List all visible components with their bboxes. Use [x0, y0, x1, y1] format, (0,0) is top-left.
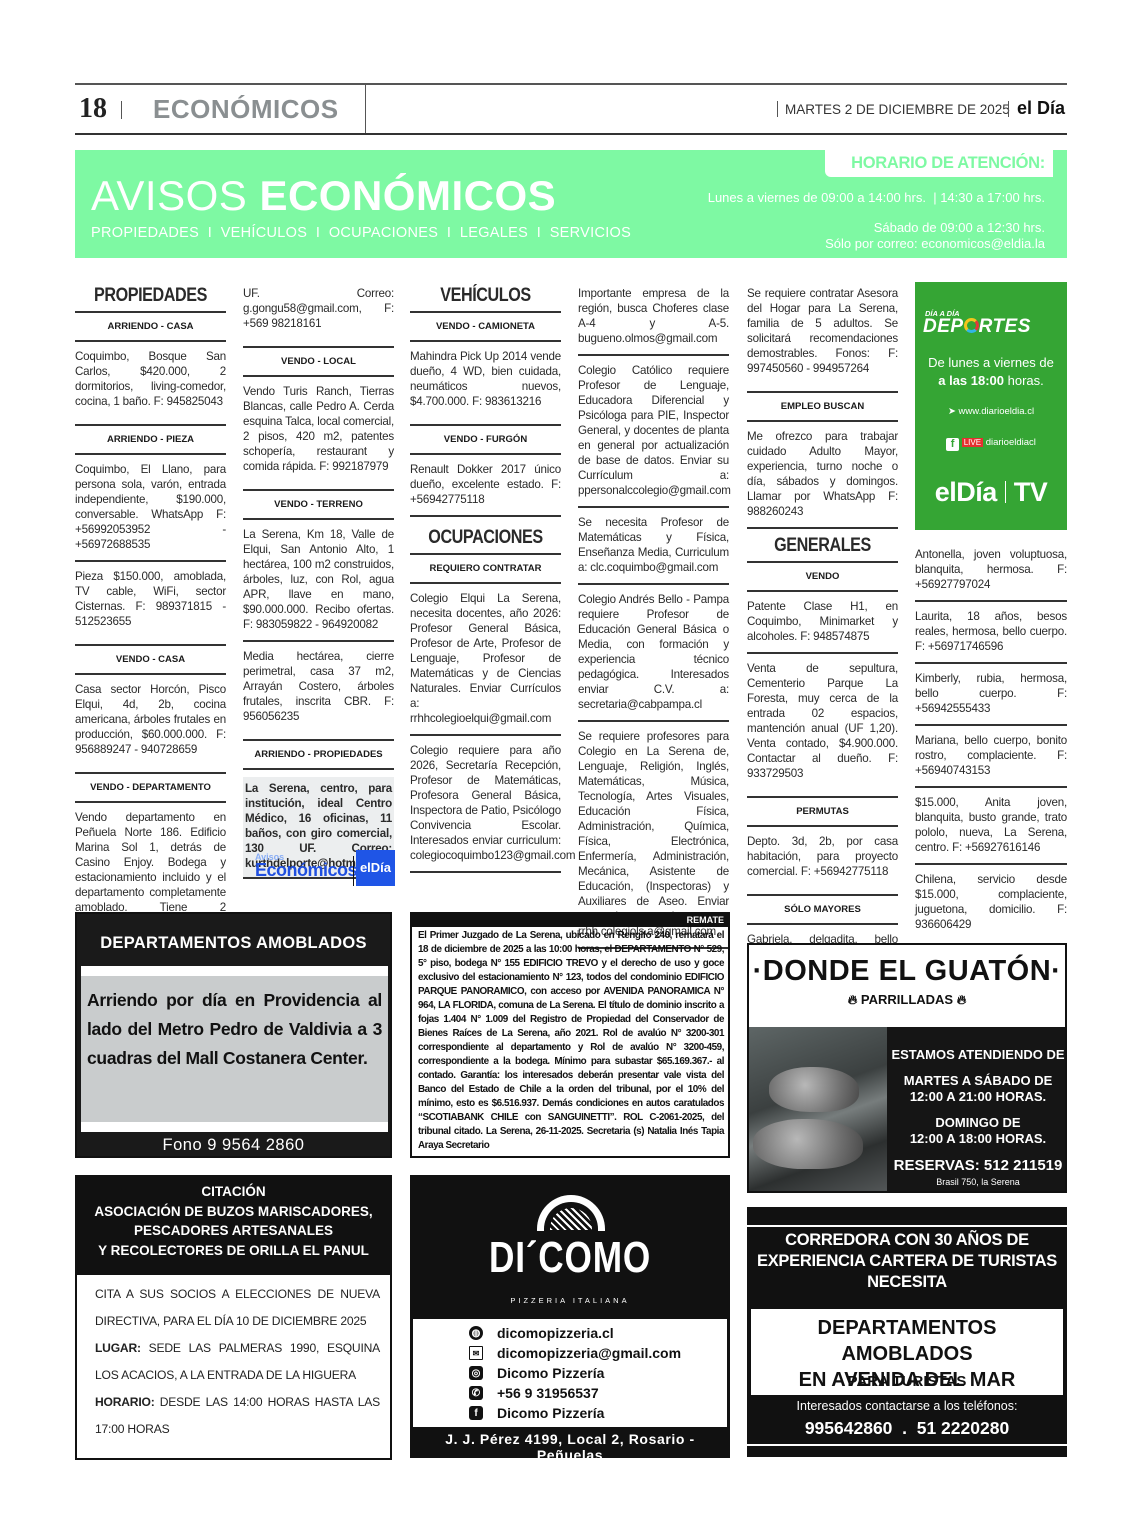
restaurant-subtitle: 🔥︎ PARRILLADAS 🔥︎	[749, 992, 1065, 1008]
cursor-icon: ➤	[948, 406, 959, 417]
highlight-line: DEPARTAMENTOS AMOBLADOS	[751, 1315, 1063, 1367]
contact-text: Dicomo Pizzería	[497, 1405, 604, 1421]
section-heading: PROPIEDADES	[86, 282, 214, 311]
highlight-sub: PARA TURISTAS	[751, 1373, 1063, 1390]
classified-ad: Chilena, servicio desde $15.000, complac…	[915, 872, 1067, 940]
citacion-body: CITA A SUS SOCIOS A ELECCIONES DE NUEVA …	[95, 1281, 380, 1443]
header-line: EXPERIENCIA CARTERA DE TURISTAS	[747, 1251, 1067, 1272]
promo-social[interactable]: f LIVE diarioeldiacl	[915, 437, 1067, 451]
section-heading: OCUPACIONES	[421, 524, 549, 553]
contact-label: Interesados contactarse a los teléfonos:	[747, 1399, 1067, 1413]
masthead: 18 ECONÓMICOS MARTES 2 DE DICIEMBRE DE 2…	[75, 83, 1067, 135]
banner-title-bold: ECONÓMICOS	[259, 172, 556, 219]
subsection-heading: EMPLEO BUSCAN	[747, 391, 898, 422]
header-line: PESCADORES ARTESANALES	[77, 1221, 390, 1241]
classified-ad: Media hectárea, cierre perimetral, casa …	[243, 649, 394, 732]
ad-departamentos-amoblados: DEPARTAMENTOS AMOBLADOS Arriendo por día…	[75, 912, 392, 1158]
subsection-heading: PERMUTAS	[747, 796, 898, 827]
promo-time: a las 18:00 horas.	[915, 373, 1067, 388]
hours-tab: HORARIO DE ATENCIÓN:	[825, 150, 1053, 177]
ad-remate: REMATE El Primer Juzgado de La Serena, u…	[410, 912, 730, 1158]
classified-ad: Coquimbo, Bosque San Carlos, $420.000, 2…	[75, 349, 226, 417]
classified-ad: Mahindra Pick Up 2014 vende dueño, 4 WD,…	[410, 349, 561, 417]
contact-instagram[interactable]: ◎Dicomo Pizzería	[469, 1363, 727, 1383]
subsection-heading: VENDO - CAMIONETA	[410, 311, 561, 342]
classified-ad: Me ofrezco para trabajar cuidado Adulto …	[747, 429, 898, 529]
divider	[121, 101, 122, 119]
pizzeria-name: DI´COMO	[442, 1233, 698, 1283]
pizzeria-tagline: PIZZERIA ITALIANA	[410, 1296, 730, 1305]
hours-line: 12:00 A 18:00 HORAS.	[887, 1131, 1067, 1146]
subtitle-text: PARRILLADAS	[861, 992, 953, 1007]
section-heading: GENERALES	[758, 536, 886, 561]
ad-header: DEPARTAMENTOS AMOBLADOS	[77, 934, 390, 953]
tv-logo-part: elDía	[935, 477, 997, 507]
promo-time-bold: a las 18:00	[938, 373, 1004, 388]
banner-title: AVISOS ECONÓMICOS	[91, 172, 556, 220]
horario-line: HORARIO: DESDE LAS 14:00 HORAS HASTA LAS…	[95, 1389, 380, 1443]
avisos-banner: AVISOS ECONÓMICOS PROPIEDADES I VEHÍCULO…	[75, 150, 1067, 258]
classified-ad: Laurita, 18 años, besos reales, hermosa,…	[915, 609, 1067, 664]
promo-time-rest: horas.	[1004, 373, 1044, 388]
contact-email[interactable]: ✉dicomopizzeria@gmail.com	[469, 1343, 727, 1363]
header-line: Y RECOLECTORES DE ORILLA EL PANUL	[77, 1241, 390, 1261]
subsection-heading: VENDO - DEPARTAMENTO	[75, 772, 226, 803]
classified-ad: $15.000, Anita joven, blanquita, busto g…	[915, 795, 1067, 865]
restaurant-name: ·DONDE EL GUATÓN·	[749, 955, 1065, 988]
contact-whatsapp[interactable]: ✆+56 9 31956537	[469, 1383, 727, 1403]
globe-icon: ◍	[469, 1326, 483, 1340]
hours-weekdays: Lunes a viernes de 09:00 a 14:00 hrs. | …	[708, 190, 1045, 205]
subsection-heading: SÓLO MAYORES	[747, 894, 898, 925]
classified-ad: Renault Dokker 2017 único dueño, excelen…	[410, 462, 561, 517]
classified-ad: Mariana, bello cuerpo, bonito rostro, co…	[915, 733, 1067, 788]
live-badge: LIVE	[962, 438, 983, 447]
flame-icon: 🔥︎	[848, 992, 861, 1007]
grill-photo	[749, 1027, 887, 1193]
steak-shape	[753, 1119, 863, 1169]
issue-date: MARTES 2 DE DICIEMBRE DE 2025	[785, 102, 1010, 117]
subsection-heading: VENDO - CASA	[75, 644, 226, 675]
tv-logo-part: TV	[1014, 477, 1048, 507]
section-title: ECONÓMICOS	[153, 94, 339, 125]
label: LUGAR:	[95, 1341, 141, 1355]
contact-text: dicomopizzeria@gmail.com	[497, 1345, 681, 1361]
ad-body-text: Arriendo por día en Providencia al lado …	[81, 976, 388, 1122]
classified-ad: Venta de sepultura, Cementerio Parque La…	[747, 661, 898, 789]
steak-shape	[769, 1067, 859, 1112]
avisos-economicos-logo: Avisos Económicos elDía	[255, 850, 395, 888]
column-generales: Se requiere contratar Asesora del Hogar …	[747, 286, 898, 992]
divider	[777, 101, 778, 117]
wordmark-part: DEP	[923, 316, 964, 337]
contact-web[interactable]: ◍dicomopizzeria.cl	[469, 1323, 727, 1343]
ad-tag: REMATE	[412, 914, 728, 927]
banner-categories: PROPIEDADES I VEHÍCULOS I OCUPACIONES I …	[91, 225, 631, 241]
subsection-heading: REQUIERO CONTRATAR	[410, 553, 561, 584]
body-text: CITA A SUS SOCIOS A ELECCIONES DE NUEVA …	[95, 1281, 380, 1335]
newspaper-logo: el Día	[1017, 98, 1065, 119]
subsection-heading: ARRIENDO - PROPIEDADES	[243, 739, 394, 770]
banner-title-light: AVISOS	[91, 172, 259, 219]
header-line: CORREDORA CON 30 AÑOS DE	[747, 1230, 1067, 1251]
contact-list: ◍dicomopizzeria.cl ✉dicomopizzeria@gmail…	[413, 1319, 727, 1427]
whatsapp-icon: ✆	[469, 1386, 483, 1400]
logo-big-text: Económicos	[255, 860, 357, 881]
header-line: CITACIÓN	[77, 1182, 390, 1202]
eldia-logo-box: elDía	[356, 850, 395, 886]
wordmark-part: RTES	[979, 316, 1031, 337]
mail-icon: ✉	[469, 1346, 483, 1360]
ring-icon	[964, 318, 979, 333]
flame-icon: 🔥︎	[953, 992, 966, 1007]
classified-ad: Kimberly, rubia, hermosa, bello cuerpo. …	[915, 671, 1067, 726]
classified-ad: Se necesita Profesor de Matemáticas y Fí…	[578, 515, 729, 585]
divider	[353, 856, 354, 886]
corredora-header: CORREDORA CON 30 AÑOS DE EXPERIENCIA CAR…	[747, 1225, 1067, 1293]
contact-text: dicomopizzeria.cl	[497, 1325, 614, 1341]
subsection-heading: ARRIENDO - CASA	[75, 311, 226, 342]
classified-ad: Colegio Andrés Bello - Pampa requiere Pr…	[578, 592, 729, 722]
restaurant-hours: ESTAMOS ATENDIENDO DE MARTES A SÁBADO DE…	[887, 1027, 1067, 1193]
facebook-icon: f	[469, 1406, 483, 1420]
label: HORARIO:	[95, 1395, 155, 1409]
oven-logo-icon	[537, 1195, 605, 1231]
classified-ad: Importante empresa de la región, busca C…	[578, 286, 729, 356]
promo-website[interactable]: ➤ www.diarioeldia.cl	[915, 406, 1067, 417]
hours-line: 12:00 A 21:00 HORAS.	[887, 1089, 1067, 1104]
column-ocupaciones-cont: Importante empresa de la región, busca C…	[578, 286, 729, 956]
divider	[1005, 481, 1006, 503]
hours-line: MARTES A SÁBADO DE	[887, 1073, 1067, 1088]
header-line: ASOCIACIÓN DE BUZOS MARISCADORES,	[77, 1202, 390, 1222]
column-mayores: Antonella, joven voluptuosa, blanquita, …	[915, 547, 1067, 947]
legal-notice-text: El Primer Juzgado de La Serena, ubicado …	[418, 929, 724, 1153]
website-text: www.diarioeldia.cl	[959, 406, 1035, 417]
section-heading: VEHÍCULOS	[421, 282, 549, 311]
facebook-icon: f	[946, 438, 959, 451]
classified-ad: La Serena, Km 18, Valle de Elqui, San An…	[243, 527, 394, 642]
ad-phone: Fono 9 9564 2860	[77, 1136, 390, 1155]
contact-text: +56 9 31956537	[497, 1385, 599, 1401]
contact-facebook[interactable]: fDicomo Pizzería	[469, 1403, 727, 1423]
divider	[365, 85, 366, 133]
header-line: NECESITA	[747, 1272, 1067, 1293]
subsection-heading: VENDO - TERRENO	[243, 489, 394, 520]
instagram-icon: ◎	[469, 1366, 483, 1380]
classified-ad: Colegio requiere para año 2026, Secretar…	[410, 743, 561, 873]
promo-schedule: De lunes a viernes de	[915, 355, 1067, 370]
subsection-heading: VENDO - LOCAL	[243, 346, 394, 377]
ad-dicomo-pizzeria: DI´COMO PIZZERIA ITALIANA ◍dicomopizzeri…	[410, 1175, 730, 1458]
classified-ad: Vendo Turis Ranch, Tierras Blancas, call…	[243, 384, 394, 482]
eldia-tv-logo: elDíaTV	[915, 477, 1067, 508]
classified-ad: Se requiere contratar Asesora del Hogar …	[747, 286, 898, 384]
promo-wordmark: DEPRTES	[923, 316, 1031, 338]
corredora-highlight: DEPARTAMENTOS AMOBLADOSEN AVENIDA DEL MA…	[751, 1309, 1063, 1395]
hours-line: ESTAMOS ATENDIENDO DE	[887, 1047, 1067, 1062]
classified-ad: Colegio Elqui La Serena, necesita docent…	[410, 591, 561, 736]
classified-ad: UF. Correo: g.gongu58@gmail.com, F: +569…	[243, 286, 394, 339]
hours-title: HORARIO DE ATENCIÓN:	[851, 154, 1045, 173]
lugar-line: LUGAR: SEDE LAS PALMERAS 1990, ESQUINA L…	[95, 1335, 380, 1389]
classified-ad: Antonella, joven voluptuosa, blanquita, …	[915, 547, 1067, 602]
ad-body: Arriendo por día en Providencia al lado …	[81, 966, 388, 1132]
classified-ad: Colegio Católico requiere Profesor de Le…	[578, 363, 729, 508]
hours-email: Sólo por correo: economicos@eldia.la	[825, 236, 1045, 251]
ad-donde-el-guaton: ·DONDE EL GUATÓN· 🔥︎ PARRILLADAS 🔥︎ ESTA…	[747, 943, 1067, 1193]
social-handle: diarioeldiacl	[986, 437, 1036, 448]
pizzeria-address: J. J. Pérez 4199, Local 2, Rosario - Peñ…	[410, 1431, 730, 1463]
contact-phones: 995642860 . 51 2220280	[747, 1418, 1067, 1446]
column-propiedades-cont: UF. Correo: g.gongu58@gmail.com, F: +569…	[243, 286, 394, 886]
classified-ad: Depto. 3d, 2b, por casa habitación, para…	[747, 834, 898, 887]
hours-line: DOMINGO DE	[887, 1115, 1067, 1130]
ad-citacion: CITACIÓN ASOCIACIÓN DE BUZOS MARISCADORE…	[75, 1175, 392, 1460]
subsection-heading: VENDO	[747, 561, 898, 592]
citacion-header: CITACIÓN ASOCIACIÓN DE BUZOS MARISCADORE…	[77, 1177, 390, 1275]
subsection-heading: VENDO - FURGÓN	[410, 424, 561, 455]
reservations-phone: RESERVAS: 512 211519	[887, 1157, 1067, 1174]
classified-ad: Casa sector Horcón, Pisco Elqui, 4d, 2b,…	[75, 682, 226, 765]
contact-text: Dicomo Pizzería	[497, 1365, 604, 1381]
column-propiedades: PROPIEDADES ARRIENDO - CASA Coquimbo, Bo…	[75, 282, 226, 975]
deportes-promo: DÍA A DÍA DEPRTES De lunes a viernes de …	[915, 282, 1067, 530]
subsection-heading: ARRIENDO - PIEZA	[75, 424, 226, 455]
classified-ad: Coquimbo, El Llano, para persona sola, v…	[75, 462, 226, 562]
classified-ad: Pieza $150.000, amoblada, TV cable, WiFi…	[75, 569, 226, 637]
column-vehiculos: VEHÍCULOS VENDO - CAMIONETA Mahindra Pic…	[410, 282, 561, 880]
hours-saturday: Sábado de 09:00 a 12:30 hrs.	[874, 220, 1045, 235]
divider	[1008, 101, 1009, 117]
ad-corredora: CORREDORA CON 30 AÑOS DE EXPERIENCIA CAR…	[747, 1207, 1067, 1457]
page-number: 18	[79, 93, 107, 125]
restaurant-address: Brasil 750, la Serena	[887, 1177, 1067, 1187]
classified-ad: Patente Clase H1, en Coquimbo, Minimarke…	[747, 599, 898, 654]
